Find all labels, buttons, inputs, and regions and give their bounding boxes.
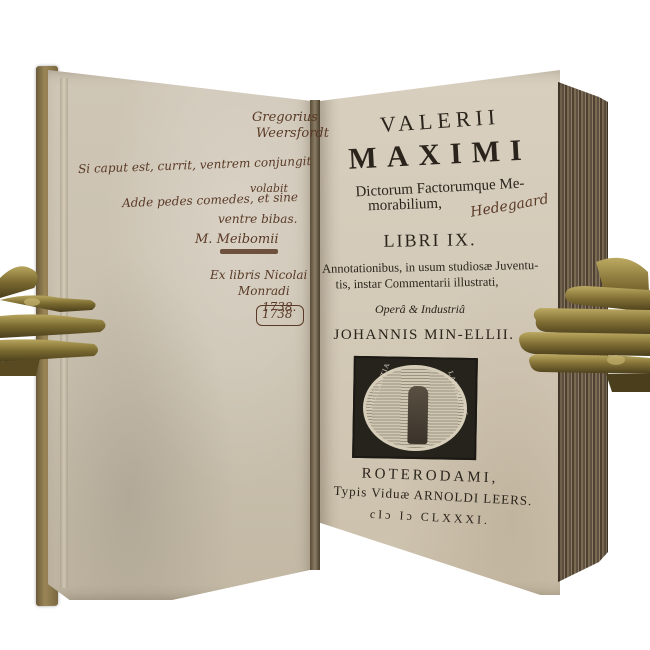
brass-hand-left-icon bbox=[0, 258, 108, 376]
inscription-line3: ventre bibas. bbox=[218, 212, 297, 226]
editor-name: JOHANNIS MIN-ELLII. bbox=[324, 327, 524, 344]
boxed-year: 1738 bbox=[262, 307, 293, 321]
books-count: LIBRI IX. bbox=[355, 229, 505, 253]
signature-underline bbox=[220, 249, 278, 254]
ex-libris-line2: Monradi bbox=[238, 284, 290, 298]
owner-signature-line2: Weersfordt bbox=[256, 126, 329, 141]
device-figure bbox=[407, 386, 428, 444]
ex-libris-line1: Ex libris Nicolai bbox=[210, 268, 307, 282]
opera-line: Operâ & Industriâ bbox=[345, 302, 495, 317]
brass-hand-right-icon bbox=[516, 252, 650, 392]
book-photo: Gregorius Weersfordt Si caput est, curri… bbox=[0, 0, 650, 650]
owner-signature-line1: Gregorius bbox=[252, 110, 318, 125]
inscription-signature: M. Meibomii bbox=[195, 232, 279, 247]
printers-device-woodcut: VIGILANTIA LABORE ET bbox=[352, 356, 478, 460]
book-gutter bbox=[310, 100, 320, 570]
